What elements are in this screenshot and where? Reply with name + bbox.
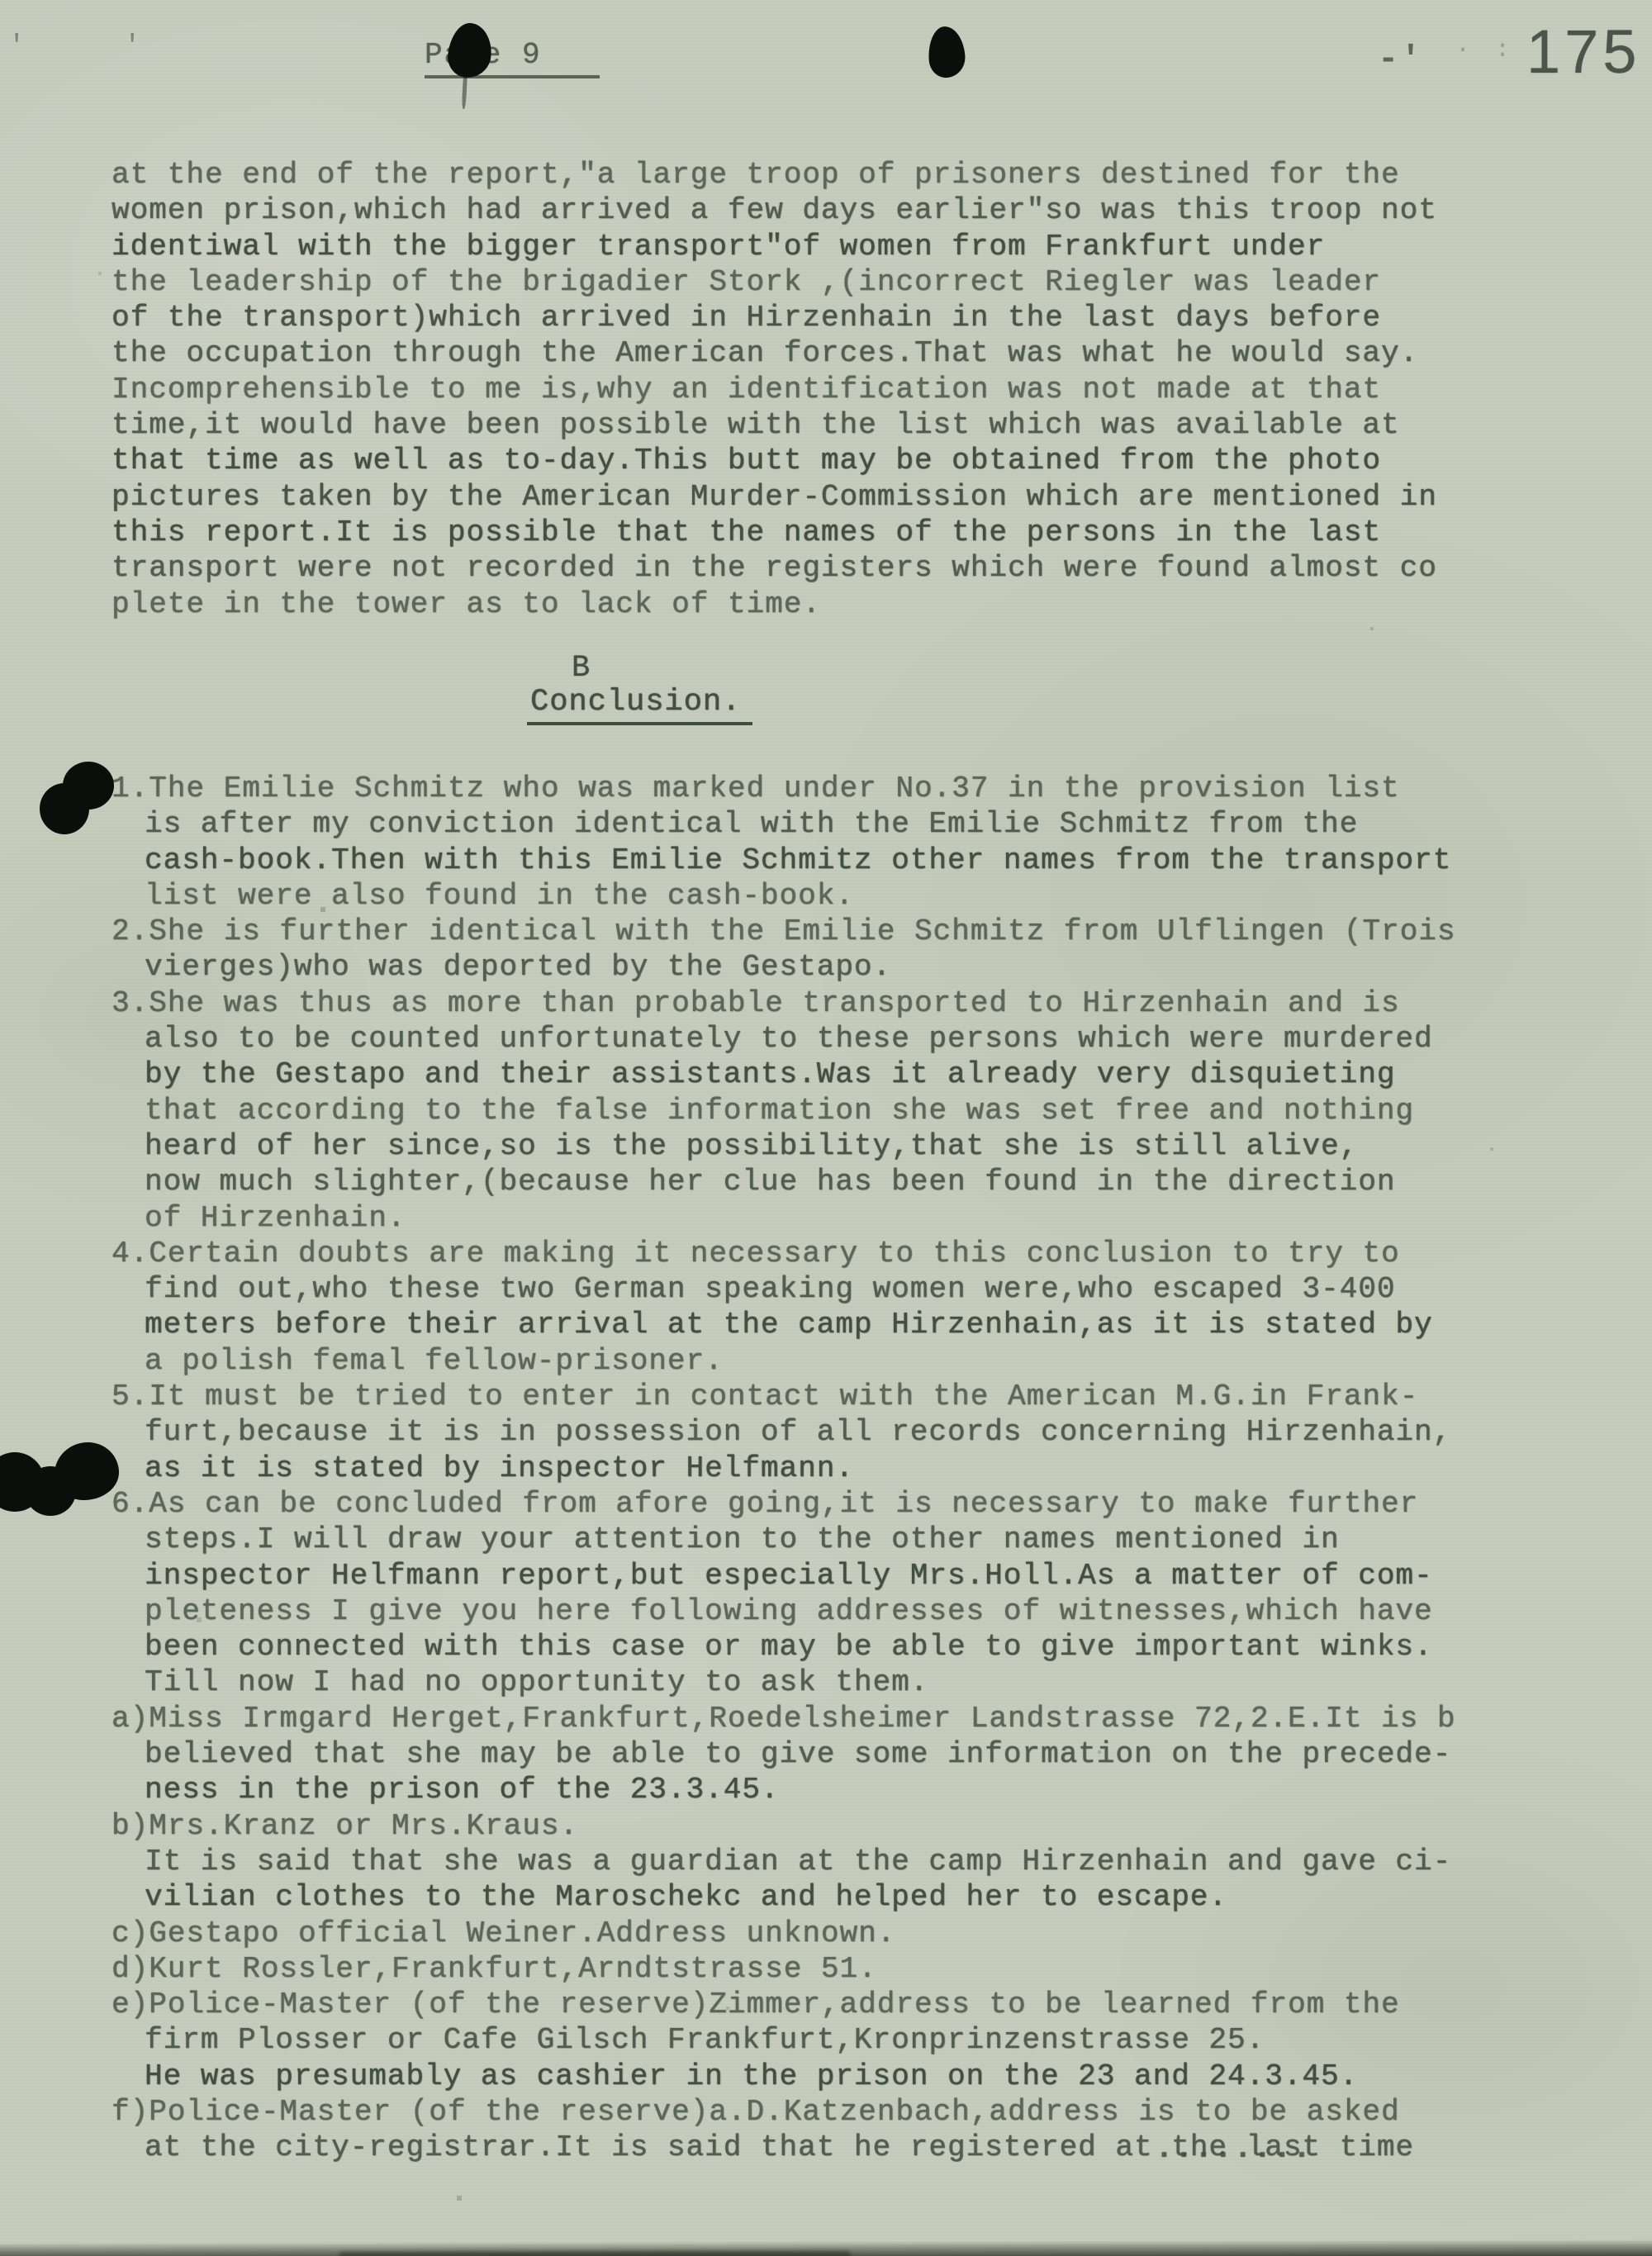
typed-line: that time as well as to-day.This butt ma… [112, 443, 1652, 478]
typed-line: inspector Helfmann report,but especially… [145, 1558, 1652, 1593]
typed-line: list were also found in the cash-book. [145, 878, 1652, 914]
typed-line: 6.As can be concluded from afore going,i… [112, 1486, 1652, 1522]
typed-line: a polish femal fellow-prisoner. [145, 1343, 1652, 1379]
typed-line: the occupation through the American forc… [112, 335, 1652, 371]
conclusion-item-1: 1.The Emilie Schmitz who was marked unde… [112, 771, 1652, 914]
typed-line: d)Kurt Rossler,Frankfurt,Arndtstrasse 51… [112, 1951, 1652, 1987]
typed-line: He was presumably as cashier in the pris… [145, 2059, 1652, 2094]
typed-line: the leadership of the brigadier Stork ,(… [112, 264, 1652, 300]
typed-line: Till now I had no opportunity to ask the… [145, 1665, 1652, 1700]
typed-line: steps.I will draw your attention to the … [145, 1522, 1652, 1557]
conclusion-item-5: 5.It must be tried to enter in contact w… [112, 1379, 1652, 1486]
bottom-scan-edge [0, 2239, 1652, 2256]
typed-line: 4.Certain doubts are making it necessary… [112, 1236, 1652, 1271]
witness-item-a: a)Miss Irmgard Herget,Frankfurt,Roedelsh… [112, 1701, 1652, 1808]
typed-line: meters before their arrival at the camp … [145, 1307, 1652, 1342]
typed-line: transport were not recorded in the regis… [112, 550, 1652, 586]
typed-line: pictures taken by the American Murder-Co… [112, 479, 1652, 515]
typed-line: b)Mrs.Kranz or Mrs.Kraus. [112, 1808, 1652, 1844]
typed-line: believed that she may be able to give so… [145, 1736, 1652, 1772]
typed-line: identiwal with the bigger transport"of w… [112, 229, 1652, 264]
typed-line: 5.It must be tried to enter in contact w… [112, 1379, 1652, 1414]
typed-line: of Hirzenhain. [145, 1200, 1652, 1236]
section-letter: B [572, 651, 591, 686]
stray-mark: ' [124, 31, 140, 63]
typed-line: find out,who these two German speaking w… [145, 1271, 1652, 1307]
ellipsis-dots: ........ [1155, 2131, 1312, 2167]
typed-line: by the Gestapo and their assistants.Was … [145, 1057, 1652, 1092]
paper-specks [0, 0, 2, 2]
typed-line: 2.She is further identical with the Emil… [112, 914, 1652, 949]
typed-line: is after my conviction identical with th… [145, 806, 1652, 842]
conclusion-item-2: 2.She is further identical with the Emil… [112, 914, 1652, 986]
scanned-document-page: ' ' Page 9 -' · : 175 at the end of the … [0, 0, 1652, 2256]
typed-line: at the city-registrar.It is said that he… [145, 2130, 1652, 2165]
witness-item-c: c)Gestapo official Weiner.Address unknow… [112, 1916, 1652, 1951]
typed-line: pleteness I give you here following addr… [145, 1593, 1652, 1629]
witness-item-d: d)Kurt Rossler,Frankfurt,Arndtstrasse 51… [112, 1951, 1652, 1987]
conclusion-item-3: 3.She was thus as more than probable tra… [112, 986, 1652, 1236]
witness-item-e: e)Police-Master (of the reserve)Zimmer,a… [112, 1987, 1652, 2094]
dash-marks: -' [1378, 40, 1422, 79]
conclusion-item-4: 4.Certain doubts are making it necessary… [112, 1236, 1652, 1379]
typed-line: time,it would have been possible with th… [112, 407, 1652, 443]
typed-line: f)Police-Master (of the reserve)a.D.Katz… [112, 2094, 1652, 2130]
typed-line: c)Gestapo official Weiner.Address unknow… [112, 1916, 1652, 1951]
typed-line: now much slighter,(because her clue has … [145, 1164, 1652, 1199]
typed-line: also to be counted unfortunately to thes… [145, 1021, 1652, 1057]
section-title: Conclusion. [527, 685, 752, 725]
intro-paragraph: at the end of the report,"a large troop … [112, 157, 1652, 622]
typed-line: vilian clothes to the Maroschekc and hel… [145, 1879, 1652, 1915]
typed-line: 3.She was thus as more than probable tra… [112, 986, 1652, 1021]
page-number-stamp: 175 [1526, 21, 1640, 83]
conclusion-list: 1.The Emilie Schmitz who was marked unde… [112, 771, 1652, 2166]
typed-line: Incomprehensible to me is,why an identif… [112, 372, 1652, 407]
typed-line: heard of her since,so is the possibility… [145, 1128, 1652, 1164]
typed-line: women prison,which had arrived a few day… [112, 192, 1652, 228]
typed-line: firm Plosser or Cafe Gilsch Frankfurt,Kr… [145, 2022, 1652, 2058]
typed-line: at the end of the report,"a large troop … [112, 157, 1652, 192]
faint-specks: · : [1455, 36, 1515, 64]
witness-item-f: f)Police-Master (of the reserve)a.D.Katz… [112, 2094, 1652, 2166]
typed-line: plete in the tower as to lack of time. [112, 587, 1652, 622]
stray-mark: ' [8, 31, 25, 63]
ink-blot [927, 26, 966, 79]
typed-line: of the transport)which arrived in Hirzen… [112, 300, 1652, 335]
typed-line: cash-book.Then with this Emilie Schmitz … [145, 843, 1652, 878]
typed-line: e)Police-Master (of the reserve)Zimmer,a… [112, 1987, 1652, 2022]
typed-line: as it is stated by inspector Helfmann. [145, 1451, 1652, 1486]
typed-line: 1.The Emilie Schmitz who was marked unde… [112, 771, 1652, 806]
typed-line: furt,because it is in possession of all … [145, 1414, 1652, 1450]
typed-line: this report.It is possible that the name… [112, 515, 1652, 550]
typed-line: ness in the prison of the 23.3.45. [145, 1772, 1652, 1807]
typed-line: been connected with this case or may be … [145, 1629, 1652, 1665]
typed-line: It is said that she was a guardian at th… [145, 1844, 1652, 1879]
typed-line: vierges)who was deported by the Gestapo. [145, 949, 1652, 985]
witness-item-b: b)Mrs.Kranz or Mrs.Kraus. It is said tha… [112, 1808, 1652, 1916]
typed-line: that according to the false information … [145, 1093, 1652, 1128]
conclusion-item-6: 6.As can be concluded from afore going,i… [112, 1486, 1652, 1701]
typed-line: a)Miss Irmgard Herget,Frankfurt,Roedelsh… [112, 1701, 1652, 1736]
